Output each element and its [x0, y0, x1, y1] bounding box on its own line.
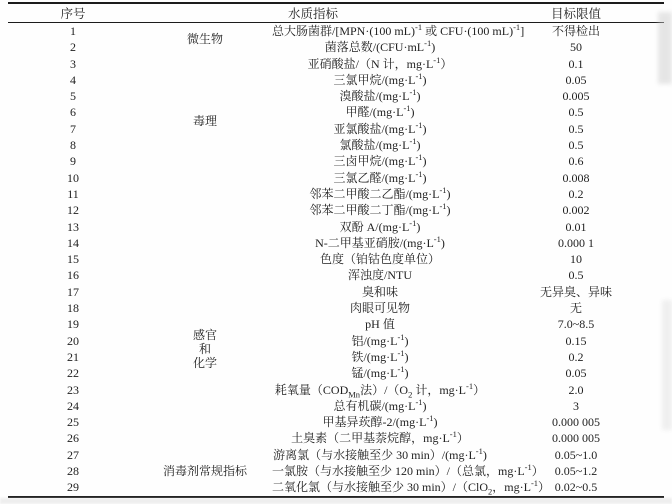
limit-cell: 0.005 — [488, 88, 664, 104]
table-row: 4三氯甲烷/(mg·L-1)0.05 — [8, 72, 664, 88]
indicator-cell: 一氯胺（与水接触至少 120 min）/（总氯，mg·L-1） — [272, 463, 488, 479]
serial-number-cell: 26 — [8, 430, 138, 446]
limit-cell: 0.000 005 — [488, 414, 664, 430]
serial-number-cell: 21 — [8, 349, 138, 365]
indicator-cell: N-二甲基亚硝胺/(mg·L-1) — [272, 235, 488, 251]
serial-number-cell: 28 — [8, 463, 138, 479]
serial-number-cell: 17 — [8, 284, 138, 300]
serial-number-cell: 15 — [8, 251, 138, 267]
indicator-cell: 亚硝酸盐/（N 计，mg·L-1） — [272, 56, 488, 72]
serial-number-cell: 5 — [8, 88, 138, 104]
indicator-cell: 三氯乙醛/(mg·L-1) — [272, 170, 488, 186]
table-row: 16浑浊度/NTU0.5 — [8, 267, 664, 283]
indicator-cell: 土臭素（二甲基萘烷醇，mg·L-1） — [272, 430, 488, 446]
table-row: 6甲醛/(mg·L-1)0.5 — [8, 104, 664, 120]
table-row: 13双酚 A/(mg·L-1)0.01 — [8, 219, 664, 235]
indicator-cell: 双酚 A/(mg·L-1) — [272, 219, 488, 235]
limit-cell: 0.002 — [488, 202, 664, 218]
limit-cell: 2.0 — [488, 382, 664, 398]
limit-cell: 0.000 005 — [488, 430, 664, 446]
serial-number-cell: 23 — [8, 382, 138, 398]
serial-number-cell: 3 — [8, 56, 138, 72]
table-row: 8氯酸盐/(mg·L-1)0.5 — [8, 137, 664, 153]
serial-number-cell: 24 — [8, 398, 138, 414]
limit-cell: 0.5 — [488, 121, 664, 137]
serial-number-cell: 13 — [8, 219, 138, 235]
table-row: 1微生物总大肠菌群/[MPN·(100 mL)-1 或 CFU·(100 mL)… — [8, 23, 664, 40]
indicator-cell: 邻苯二甲酸二丁酯/(mg·L-1) — [272, 202, 488, 218]
limit-cell: 0.2 — [488, 186, 664, 202]
indicator-cell: 溴酸盐/(mg·L-1) — [272, 88, 488, 104]
limit-cell: 0.05 — [488, 365, 664, 381]
indicator-cell: 浑浊度/NTU — [272, 267, 488, 283]
serial-number-cell: 9 — [8, 153, 138, 169]
indicator-cell: 总大肠菌群/[MPN·(100 mL)-1 或 CFU·(100 mL)-1] — [272, 23, 488, 40]
indicator-cell: 臭和味 — [272, 284, 488, 300]
table-row: 29二氧化氯（与水接触至少 30 min）/（ClO2，mg·L-1）0.02~… — [8, 479, 664, 496]
serial-number-cell: 4 — [8, 72, 138, 88]
indicator-cell: 甲醛/(mg·L-1) — [272, 104, 488, 120]
limit-cell: 7.0~8.5 — [488, 316, 664, 332]
table-row: 22锰/(mg·L-1)0.05 — [8, 365, 664, 381]
indicator-cell: 菌落总数/(CFU·mL-1) — [272, 39, 488, 55]
table-row: 20铝/(mg·L-1)0.15 — [8, 333, 664, 349]
limit-cell: 无异臭、异味 — [488, 284, 664, 300]
table-row: 15感官和化学色度（铂钴色度单位）10 — [8, 251, 664, 267]
indicator-cell: 铁/(mg·L-1) — [272, 349, 488, 365]
serial-number-cell: 20 — [8, 333, 138, 349]
indicator-cell: 锰/(mg·L-1) — [272, 365, 488, 381]
indicator-cell: 邻苯二甲酸二乙酯/(mg·L-1) — [272, 186, 488, 202]
indicator-cell: 甲基异莰醇-2/(mg·L-1) — [272, 414, 488, 430]
indicator-cell: 耗氧量（CODMn法）/（O2 计，mg·L-1） — [272, 382, 488, 398]
header-water-quality-indicator: 水质指标 — [138, 3, 488, 23]
water-quality-table: 序号 水质指标 目标限值 1微生物总大肠菌群/[MPN·(100 mL)-1 或… — [8, 2, 664, 498]
category-cell: 感官和化学 — [138, 251, 272, 447]
limit-cell: 0.6 — [488, 153, 664, 169]
category-cell: 毒理 — [138, 56, 272, 252]
indicator-cell: 铝/(mg·L-1) — [272, 333, 488, 349]
table-row: 9三卤甲烷/(mg·L-1)0.6 — [8, 153, 664, 169]
scanned-document-page: 序号 水质指标 目标限值 1微生物总大肠菌群/[MPN·(100 mL)-1 或… — [0, 0, 672, 504]
table-row: 23耗氧量（CODMn法）/（O2 计，mg·L-1）2.0 — [8, 382, 664, 398]
category-cell: 消毒剂常规指标 — [138, 447, 272, 497]
serial-number-cell: 12 — [8, 202, 138, 218]
serial-number-cell: 7 — [8, 121, 138, 137]
limit-cell: 0.15 — [488, 333, 664, 349]
serial-number-cell: 1 — [8, 23, 138, 40]
table-row: 19pH 值7.0~8.5 — [8, 316, 664, 332]
table-row: 10三氯乙醛/(mg·L-1)0.008 — [8, 170, 664, 186]
indicator-cell: 色度（铂钴色度单位） — [272, 251, 488, 267]
indicator-cell: 三氯甲烷/(mg·L-1) — [272, 72, 488, 88]
indicator-cell: 亚氯酸盐/(mg·L-1) — [272, 121, 488, 137]
header-serial-number: 序号 — [8, 3, 138, 23]
limit-cell: 3 — [488, 398, 664, 414]
table-row: 28一氯胺（与水接触至少 120 min）/（总氯，mg·L-1）0.05~1.… — [8, 463, 664, 479]
serial-number-cell: 14 — [8, 235, 138, 251]
indicator-cell: 氯酸盐/(mg·L-1) — [272, 137, 488, 153]
table-row: 2菌落总数/(CFU·mL-1)50 — [8, 39, 664, 55]
scan-artifact — [0, 498, 672, 504]
limit-cell: 0.2 — [488, 349, 664, 365]
table-row: 18肉眼可见物无 — [8, 300, 664, 316]
table-row: 25甲基异莰醇-2/(mg·L-1)0.000 005 — [8, 414, 664, 430]
serial-number-cell: 29 — [8, 479, 138, 496]
limit-cell: 50 — [488, 39, 664, 55]
table-row: 27消毒剂常规指标游离氯（与水接触至少 30 min）/(mg·L-1)0.05… — [8, 447, 664, 463]
indicator-cell: 总有机碳/(mg·L-1) — [272, 398, 488, 414]
table-row: 17臭和味无异臭、异味 — [8, 284, 664, 300]
table-row: 21铁/(mg·L-1)0.2 — [8, 349, 664, 365]
serial-number-cell: 6 — [8, 104, 138, 120]
indicator-cell: 三卤甲烷/(mg·L-1) — [272, 153, 488, 169]
limit-cell: 0.05 — [488, 72, 664, 88]
indicator-cell: pH 值 — [272, 316, 488, 332]
header-target-limit: 目标限值 — [488, 3, 664, 23]
table-row: 7亚氯酸盐/(mg·L-1)0.5 — [8, 121, 664, 137]
limit-cell: 0.01 — [488, 219, 664, 235]
table-row: 12邻苯二甲酸二丁酯/(mg·L-1)0.002 — [8, 202, 664, 218]
limit-cell: 无 — [488, 300, 664, 316]
table-body: 1微生物总大肠菌群/[MPN·(100 mL)-1 或 CFU·(100 mL)… — [8, 23, 664, 497]
serial-number-cell: 27 — [8, 447, 138, 463]
serial-number-cell: 25 — [8, 414, 138, 430]
table-row: 14N-二甲基亚硝胺/(mg·L-1)0.000 1 — [8, 235, 664, 251]
serial-number-cell: 8 — [8, 137, 138, 153]
limit-cell: 0.5 — [488, 104, 664, 120]
limit-cell: 0.5 — [488, 267, 664, 283]
table-row: 26土臭素（二甲基萘烷醇，mg·L-1）0.000 005 — [8, 430, 664, 446]
serial-number-cell: 22 — [8, 365, 138, 381]
header-row: 序号 水质指标 目标限值 — [8, 3, 664, 23]
serial-number-cell: 2 — [8, 39, 138, 55]
table-row: 11邻苯二甲酸二乙酯/(mg·L-1)0.2 — [8, 186, 664, 202]
limit-cell: 0.5 — [488, 137, 664, 153]
serial-number-cell: 18 — [8, 300, 138, 316]
category-cell: 微生物 — [138, 23, 272, 56]
serial-number-cell: 10 — [8, 170, 138, 186]
indicator-cell: 二氧化氯（与水接触至少 30 min）/（ClO2，mg·L-1） — [272, 479, 488, 496]
serial-number-cell: 19 — [8, 316, 138, 332]
limit-cell: 0.008 — [488, 170, 664, 186]
indicator-cell: 游离氯（与水接触至少 30 min）/(mg·L-1) — [272, 447, 488, 463]
serial-number-cell: 16 — [8, 267, 138, 283]
indicator-cell: 肉眼可见物 — [272, 300, 488, 316]
table-row: 5溴酸盐/(mg·L-1)0.005 — [8, 88, 664, 104]
table-row: 24总有机碳/(mg·L-1)3 — [8, 398, 664, 414]
limit-cell: 0.000 1 — [488, 235, 664, 251]
limit-cell: 10 — [488, 251, 664, 267]
limit-cell: 0.05~1.0 — [488, 447, 664, 463]
serial-number-cell: 11 — [8, 186, 138, 202]
table-row: 3毒理亚硝酸盐/（N 计，mg·L-1）0.1 — [8, 56, 664, 72]
limit-cell: 0.1 — [488, 56, 664, 72]
